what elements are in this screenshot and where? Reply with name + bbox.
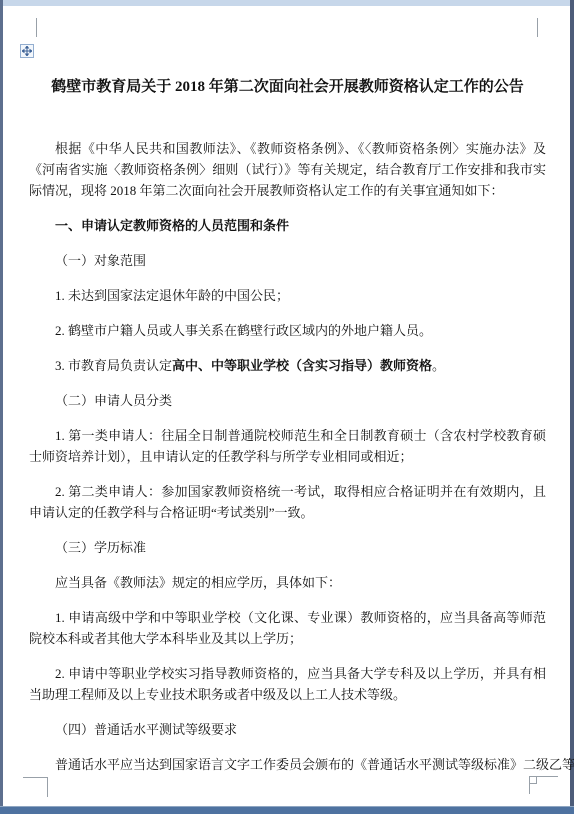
- margin-mark-top-left: [36, 18, 37, 37]
- paragraph-degree-intro: 应当具备《教师法》规定的相应学历，具体如下：: [29, 572, 546, 593]
- list-item-scope-3: 3. 市教育局负责认定高中、中等职业学校（含实习指导）教师资格。: [29, 355, 546, 376]
- window-edge-right: [570, 0, 574, 814]
- subheading-1-2: （二）申请人员分类: [29, 390, 546, 411]
- list-item-class-2: 2. 第二类申请人：参加国家教师资格统一考试，取得相应合格证明并在有效期内，且申…: [29, 481, 546, 523]
- margin-mark-top-right: [537, 18, 538, 37]
- word-document-view: 鹤壁市教育局关于 2018 年第二次面向社会开展教师资格认定工作的公告 根据《中…: [0, 0, 574, 814]
- subheading-1-1: （一）对象范围: [29, 250, 546, 271]
- window-edge-top: [0, 0, 574, 6]
- document-title: 鹤壁市教育局关于 2018 年第二次面向社会开展教师资格认定工作的公告: [29, 76, 546, 98]
- paragraph-putonghua: 普通话水平应当达到国家语言文字工作委员会颁布的《普通话水平测试等级标准》二级乙等…: [29, 754, 546, 775]
- list-item-scope-3-prefix: 3. 市教育局负责认定: [55, 358, 172, 373]
- window-edge-left: [0, 0, 3, 814]
- list-item-scope-2: 2. 鹤壁市户籍人员或人事关系在鹤壁行政区域内的外地户籍人员。: [29, 320, 546, 341]
- document-page-content: 鹤壁市教育局关于 2018 年第二次面向社会开展教师资格认定工作的公告 根据《中…: [29, 76, 546, 789]
- list-item-degree-2: 2. 申请中等职业学校实习指导教师资格的，应当具备大学专科及以上学历，并具有相当…: [29, 663, 546, 705]
- subheading-1-3: （三）学历标准: [29, 537, 546, 558]
- section-heading-1: 一、申请认定教师资格的人员范围和条件: [29, 215, 546, 236]
- move-cross-icon: [22, 46, 32, 56]
- subheading-1-4: （四）普通话水平测试等级要求: [29, 719, 546, 740]
- window-edge-bottom: [0, 806, 574, 814]
- object-move-handle[interactable]: [20, 44, 34, 58]
- list-item-class-1: 1. 第一类申请人：往届全日制普通院校师范生和全日制教育硕士（含农村学校教育硕士…: [29, 425, 546, 467]
- list-item-scope-1: 1. 未达到国家法定退休年龄的中国公民；: [29, 285, 546, 306]
- list-item-degree-1: 1. 申请高级中学和中等职业学校（文化课、专业课）教师资格的，应当具备高等师范院…: [29, 607, 546, 649]
- paragraph-intro: 根据《中华人民共和国教师法》、《教师资格条例》、《〈教师资格条例〉实施办法》及《…: [29, 138, 546, 201]
- list-item-scope-3-bold: 高中、中等职业学校（含实习指导）教师资格: [172, 358, 432, 373]
- list-item-scope-3-suffix: 。: [432, 358, 445, 373]
